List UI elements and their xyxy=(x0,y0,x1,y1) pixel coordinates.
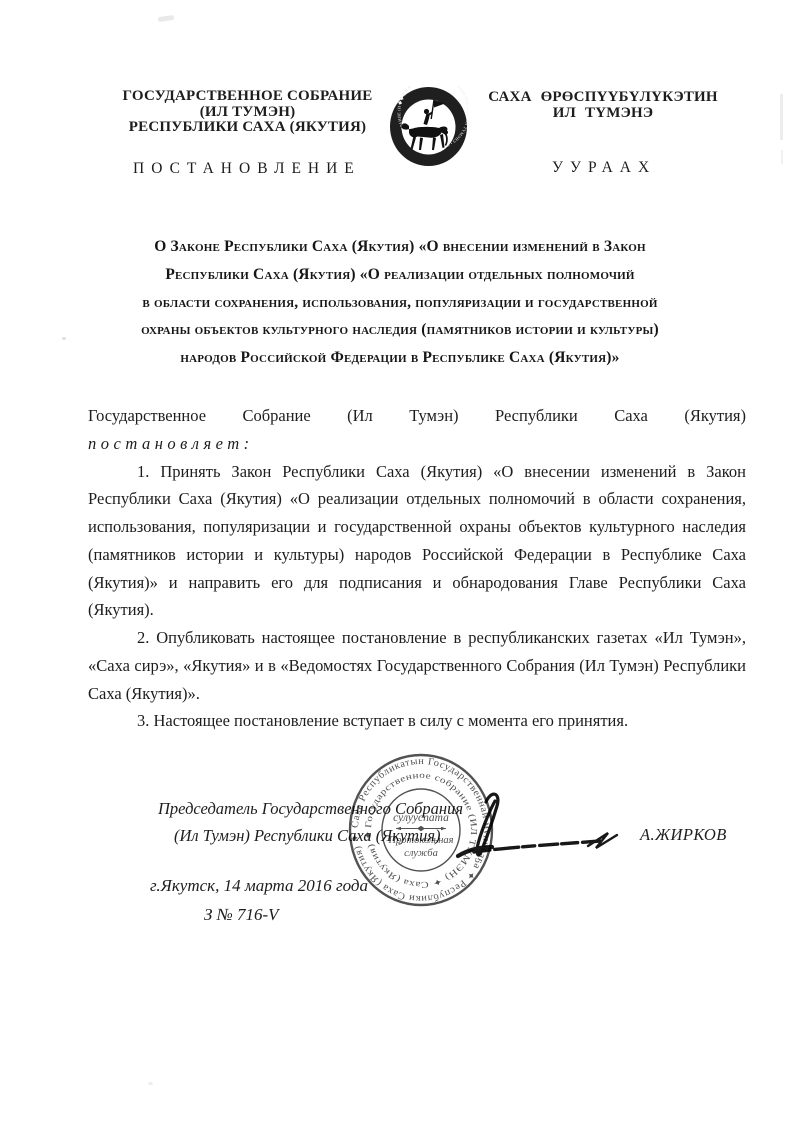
doc-type-russian: ПОСТАНОВЛЕНИЕ xyxy=(133,160,361,178)
document-number: З № 716-V xyxy=(204,905,279,925)
il-tumen-emblem-seal-icon: ◆◆◆◆◆◆◆ САХА ӨРӨСПҮҮБҮЛҮКЭТИН ИЛ ТҮМЭНЭ … xyxy=(389,86,468,167)
org-name-line: ИЛ ТҮМЭНЭ xyxy=(478,106,728,122)
org-name-line: (ИЛ ТУМЭН) xyxy=(100,105,395,121)
doc-type-yakut: УУРААХ xyxy=(552,159,656,177)
title-line: в области сохранения, использования, поп… xyxy=(72,289,728,317)
scan-noise xyxy=(158,15,175,22)
scan-noise xyxy=(781,150,783,164)
title-line: охраны объектов культурного наследия (па… xyxy=(72,316,728,344)
org-name-line: РЕСПУБЛИКИ САХА (ЯКУТИЯ) xyxy=(100,120,395,136)
title-line: Республики Саха (Якутия) «О реализации о… xyxy=(72,261,728,289)
handwritten-signature xyxy=(450,786,630,866)
document-page: ГОСУДАРСТВЕННОЕ СОБРАНИЕ (ИЛ ТУМЭН) РЕСП… xyxy=(0,0,800,1132)
scan-noise xyxy=(62,337,66,340)
title-line: народов Российской Федерации в Республик… xyxy=(72,344,728,372)
stamp-center-line2: Протокольная xyxy=(387,835,453,846)
signer-name: А.ЖИРКОВ xyxy=(640,825,727,845)
scan-noise xyxy=(148,1082,153,1085)
stamp-center-line3: служба xyxy=(404,848,438,859)
stamp-center-line1: сулууспата xyxy=(393,812,449,824)
org-name-yakut: САХА ӨРӨСПҮҮБҮЛҮКЭТИН ИЛ ТҮМЭНЭ xyxy=(478,90,728,121)
org-name-line: ГОСУДАРСТВЕННОЕ СОБРАНИЕ xyxy=(100,89,395,105)
title-line: О Законе Республики Саха (Якутия) «О вне… xyxy=(72,233,728,261)
item-2: 2. Опубликовать настоящее постановление … xyxy=(88,624,746,707)
document-title: О Законе Республики Саха (Якутия) «О вне… xyxy=(72,233,728,372)
item-1: 1. Принять Закон Республики Саха (Якутия… xyxy=(88,458,746,625)
org-name-russian: ГОСУДАРСТВЕННОЕ СОБРАНИЕ (ИЛ ТУМЭН) РЕСП… xyxy=(100,89,395,136)
place-and-date: г.Якутск, 14 марта 2016 года xyxy=(150,876,368,896)
resolution-verb: постановляет: xyxy=(88,430,746,458)
stamp-divider-ornament xyxy=(396,826,446,832)
org-name-line: САХА ӨРӨСПҮҮБҮЛҮКЭТИН xyxy=(478,90,728,106)
document-body: Государственное Собрание (Ил Тумэн) Респ… xyxy=(88,402,746,735)
preamble: Государственное Собрание (Ил Тумэн) Респ… xyxy=(88,402,746,430)
item-3: 3. Настоящее постановление вступает в си… xyxy=(88,707,746,735)
scan-noise xyxy=(780,94,783,140)
